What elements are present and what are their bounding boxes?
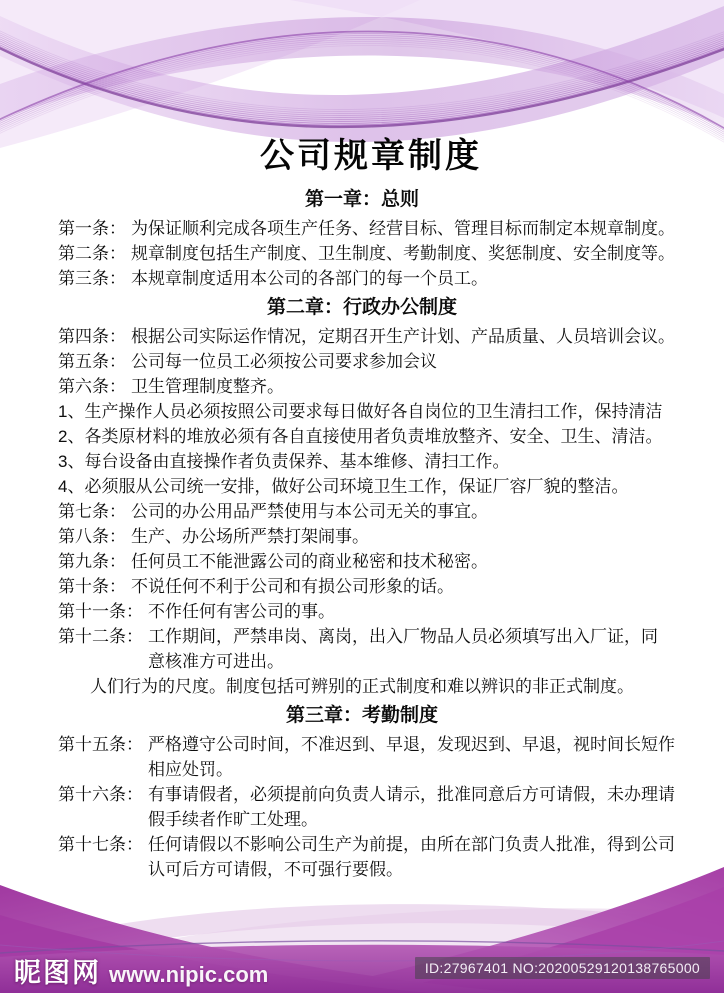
rule-item-label: 第一条： — [58, 216, 126, 241]
rule-item: 第十条：不说任何不利于公司和有损公司形象的话。 — [58, 574, 684, 599]
rule-item-text: 卫生管理制度整齐。 — [131, 374, 684, 399]
rule-item-text: 严格遵守公司时间，不准迟到、早退，发现迟到、早退，视时间长短作 相应处罚。 — [148, 732, 684, 782]
rule-item: 第五条：公司每一位员工必须按公司要求参加会议 — [58, 349, 684, 374]
rules-list: 第一章：总则第一条：为保证顺利完成各项生产任务、经营目标、管理目标而制定本规章制… — [58, 186, 684, 882]
rule-item: 第一条：为保证顺利完成各项生产任务、经营目标、管理目标而制定本规章制度。 — [58, 216, 684, 241]
sub-rule-item: 1、生产操作人员必须按照公司要求每日做好各自岗位的卫生清扫工作，保持清洁 — [58, 399, 684, 424]
rule-item-label: 第九条： — [58, 549, 126, 574]
rule-item: 第十一条：不作任何有害公司的事。 — [58, 599, 684, 624]
rule-item: 第六条：卫生管理制度整齐。 — [58, 374, 684, 399]
poster-page: 公司规章制度 第一章：总则第一条：为保证顺利完成各项生产任务、经营目标、管理目标… — [0, 0, 724, 993]
rule-item: 第八条：生产、办公场所严禁打架闹事。 — [58, 524, 684, 549]
rule-item-text: 不作任何有害公司的事。 — [148, 599, 684, 624]
rule-item-label: 第十六条： — [58, 782, 143, 832]
rule-item: 第十二条：工作期间，严禁串岗、离岗，出入厂物品人员必须填写出入厂证，同 意核准方… — [58, 624, 684, 674]
rule-item-label: 第六条： — [58, 374, 126, 399]
rule-item-label: 第十一条： — [58, 599, 143, 624]
chapter-heading: 第三章：考勤制度 — [10, 702, 714, 729]
rule-item: 第七条：公司的办公用品严禁使用与本公司无关的事宜。 — [58, 499, 684, 524]
rule-item-text: 工作期间，严禁串岗、离岗，出入厂物品人员必须填写出入厂证，同 意核准方可进出。 — [148, 624, 684, 674]
document-content: 公司规章制度 第一章：总则第一条：为保证顺利完成各项生产任务、经营目标、管理目标… — [0, 0, 724, 882]
rule-item: 第四条：根据公司实际运作情况，定期召开生产计划、产品质量、人员培训会议。 — [58, 324, 684, 349]
rule-item-text: 为保证顺利完成各项生产任务、经营目标、管理目标而制定本规章制度。 — [131, 216, 684, 241]
chapter-heading: 第二章：行政办公制度 — [10, 294, 714, 321]
rule-item-label: 第十条： — [58, 574, 126, 599]
rule-item-label: 第三条： — [58, 266, 126, 291]
rule-item: 第三条：本规章制度适用本公司的各部门的每一个员工。 — [58, 266, 684, 291]
rule-item-text: 有事请假者，必须提前向负责人请示，批准同意后方可请假，未办理请 假手续者作旷工处… — [148, 782, 684, 832]
rule-item-text: 不说任何不利于公司和有损公司形象的话。 — [131, 574, 684, 599]
page-title: 公司规章制度 — [58, 136, 684, 176]
image-id-badge: ID:27967401 NO:20200529120138765000 — [415, 957, 710, 979]
rule-item-label: 第七条： — [58, 499, 126, 524]
sub-rule-item: 3、每台设备由直接操作者负责保养、基本维修、清扫工作。 — [58, 449, 684, 474]
site-url-text: www.nipic.com — [109, 962, 268, 988]
sub-rule-item: 4、必须服从公司统一安排，做好公司环境卫生工作，保证厂容厂貌的整洁。 — [58, 474, 684, 499]
rule-item: 第九条：任何员工不能泄露公司的商业秘密和技术秘密。 — [58, 549, 684, 574]
rule-item-text: 任何请假以不影响公司生产为前提，由所在部门负责人批准，得到公司 认可后方可请假，… — [148, 832, 684, 882]
sub-rule-item: 2、各类原材料的堆放必须有各自直接使用者负责堆放整齐、安全、卫生、清洁。 — [58, 424, 684, 449]
rule-item-label: 第八条： — [58, 524, 126, 549]
rule-item-label: 第十二条： — [58, 624, 143, 674]
rule-item-label: 第二条： — [58, 241, 126, 266]
rule-item-text: 本规章制度适用本公司的各部门的每一个员工。 — [131, 266, 684, 291]
chapter-heading: 第一章：总则 — [10, 186, 714, 213]
rule-item-label: 第五条： — [58, 349, 126, 374]
rule-item-label: 第十七条： — [58, 832, 143, 882]
watermark-bar: 昵图网 www.nipic.com ID:27967401 NO:2020052… — [0, 947, 724, 993]
rule-item-text: 生产、办公场所严禁打架闹事。 — [131, 524, 684, 549]
rule-item-text: 根据公司实际运作情况，定期召开生产计划、产品质量、人员培训会议。 — [131, 324, 684, 349]
rule-item: 第十五条：严格遵守公司时间，不准迟到、早退，发现迟到、早退，视时间长短作 相应处… — [58, 732, 684, 782]
rule-item-text: 规章制度包括生产制度、卫生制度、考勤制度、奖惩制度、安全制度等。 — [131, 241, 684, 266]
rule-item-label: 第十五条： — [58, 732, 143, 782]
rule-item: 第十六条：有事请假者，必须提前向负责人请示，批准同意后方可请假，未办理请 假手续… — [58, 782, 684, 832]
note-paragraph: 人们行为的尺度。制度包括可辨别的正式制度和难以辨识的非正式制度。 — [90, 674, 684, 699]
rule-item-text: 公司每一位员工必须按公司要求参加会议 — [131, 349, 684, 374]
site-logo: 昵图网 — [14, 951, 101, 990]
rule-item-text: 任何员工不能泄露公司的商业秘密和技术秘密。 — [131, 549, 684, 574]
site-watermark: 昵图网 www.nipic.com — [14, 951, 268, 990]
rule-item-text: 公司的办公用品严禁使用与本公司无关的事宜。 — [131, 499, 684, 524]
rule-item: 第二条：规章制度包括生产制度、卫生制度、考勤制度、奖惩制度、安全制度等。 — [58, 241, 684, 266]
rule-item: 第十七条：任何请假以不影响公司生产为前提，由所在部门负责人批准，得到公司 认可后… — [58, 832, 684, 882]
rule-item-label: 第四条： — [58, 324, 126, 349]
